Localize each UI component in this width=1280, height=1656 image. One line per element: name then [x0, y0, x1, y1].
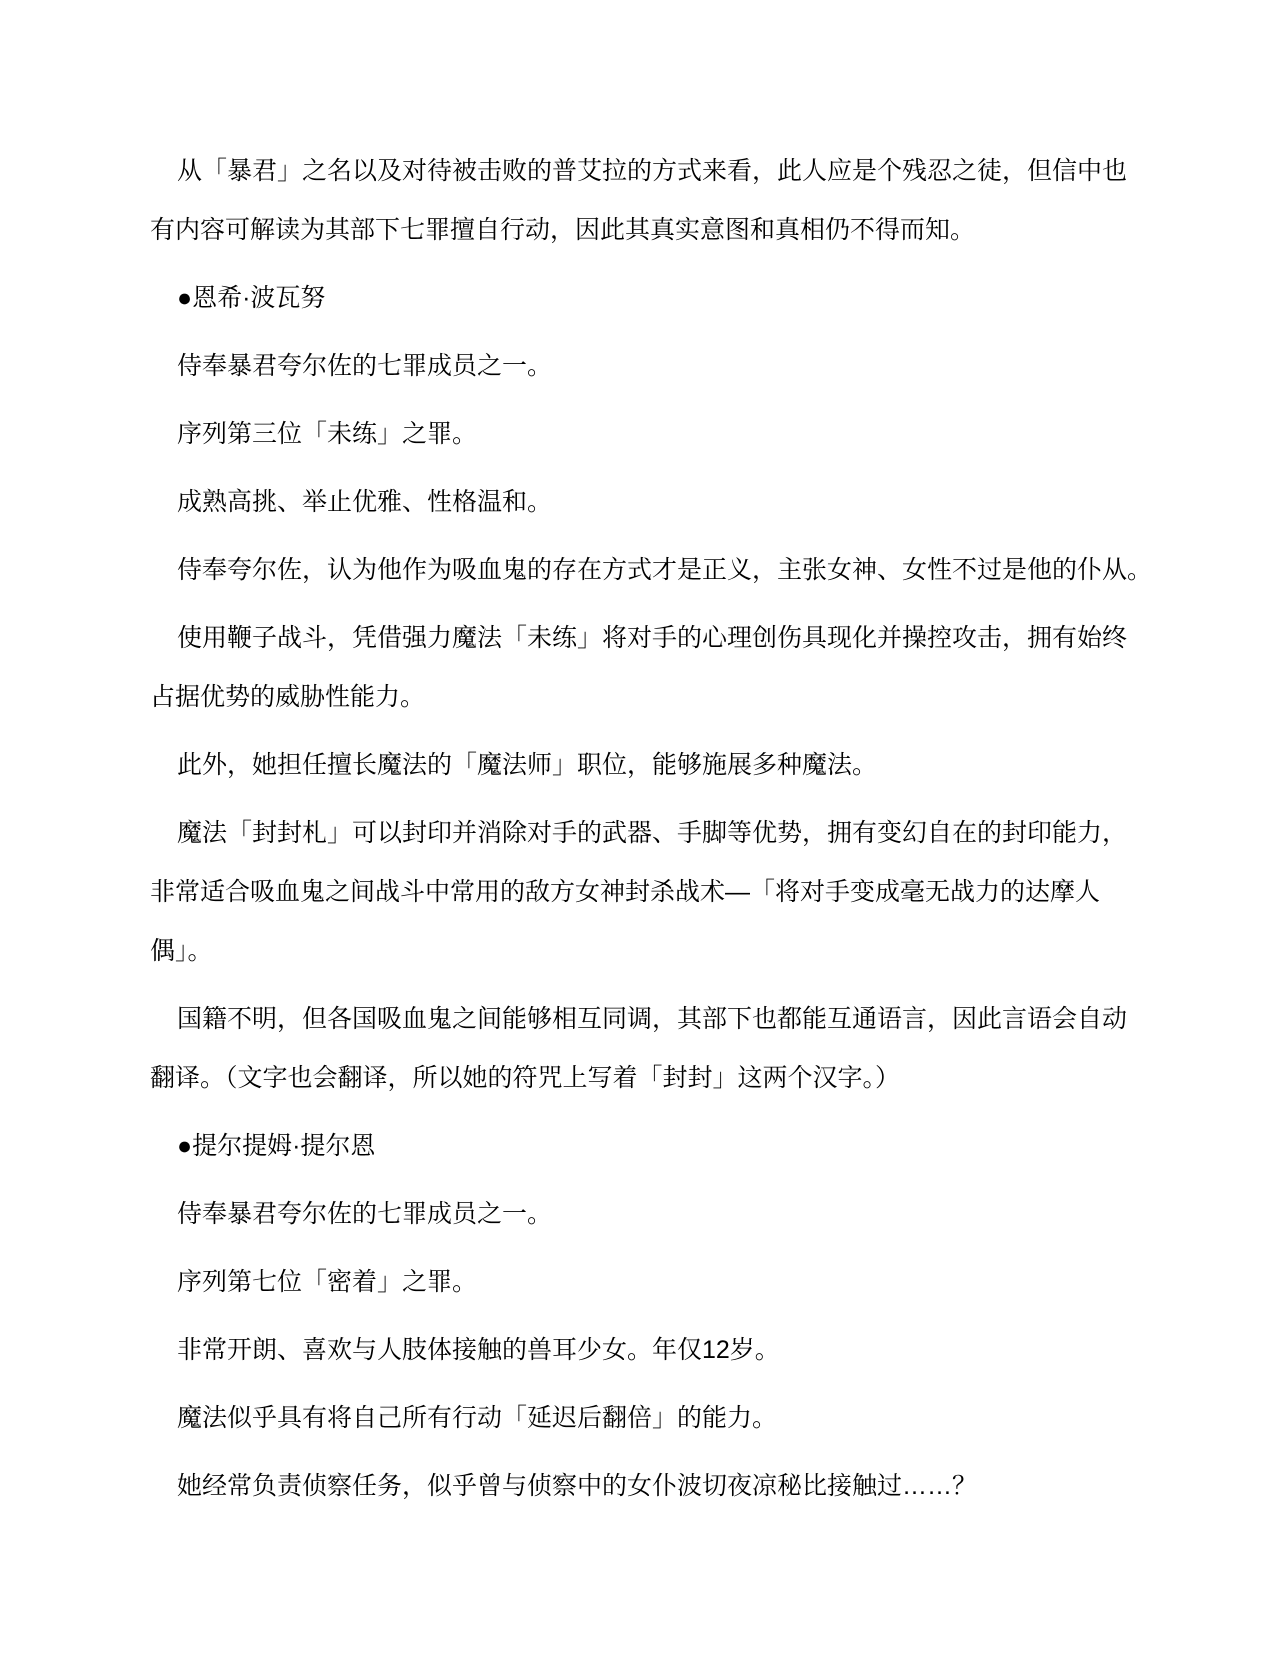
heading-enhi-bowanu: ●恩希·波瓦努 [150, 269, 1140, 328]
para-enhi-whip-combat: 使用鞭子战斗，凭借强力魔法「未练」将对手的心理创伤具现化并操控攻击，拥有始终占据… [150, 609, 1140, 727]
para-enhi-seven-sins-member: 侍奉暴君夸尔佐的七罪成员之一。 [150, 337, 1140, 396]
para-tirtim-delay-magic: 魔法似乎具有将自己所有行动「延迟后翻倍」的能力。 [150, 1389, 1140, 1448]
para-enhi-mage-role: 此外，她担任擅长魔法的「魔法师」职位，能够施展多种魔法。 [150, 736, 1140, 795]
para-tyrant-assessment: 从「暴君」之名以及对待被击败的普艾拉的方式来看，此人应是个残忍之徒，但信中也有内… [150, 142, 1140, 260]
para-enhi-sin-rank: 序列第三位「未练」之罪。 [150, 405, 1140, 464]
para-enhi-nationality-language: 国籍不明，但各国吸血鬼之间能够相互同调，其部下也都能互通语言，因此言语会自动翻译… [150, 990, 1140, 1108]
para-enhi-seal-magic: 魔法「封封札」可以封印并消除对手的武器、手脚等优势，拥有变幻自在的封印能力，非常… [150, 804, 1140, 981]
para-enhi-allegiance: 侍奉夸尔佐，认为他作为吸血鬼的存在方式才是正义，主张女神、女性不过是他的仆从。 [150, 541, 1140, 600]
document-page: 从「暴君」之名以及对待被击败的普艾拉的方式来看，此人应是个残忍之徒，但信中也有内… [150, 142, 1140, 1525]
para-tirtim-sin-rank: 序列第七位「密着」之罪。 [150, 1253, 1140, 1312]
para-tirtim-personality: 非常开朗、喜欢与人肢体接触的兽耳少女。年仅12岁。 [150, 1321, 1140, 1380]
para-tirtim-scouting: 她经常负责侦察任务，似乎曾与侦察中的女仆波切夜凉秘比接触过……？ [150, 1457, 1140, 1516]
heading-tirtim-tirn: ●提尔提姆·提尔恩 [150, 1117, 1140, 1176]
para-enhi-personality: 成熟高挑、举止优雅、性格温和。 [150, 473, 1140, 532]
para-tirtim-seven-sins-member: 侍奉暴君夸尔佐的七罪成员之一。 [150, 1185, 1140, 1244]
